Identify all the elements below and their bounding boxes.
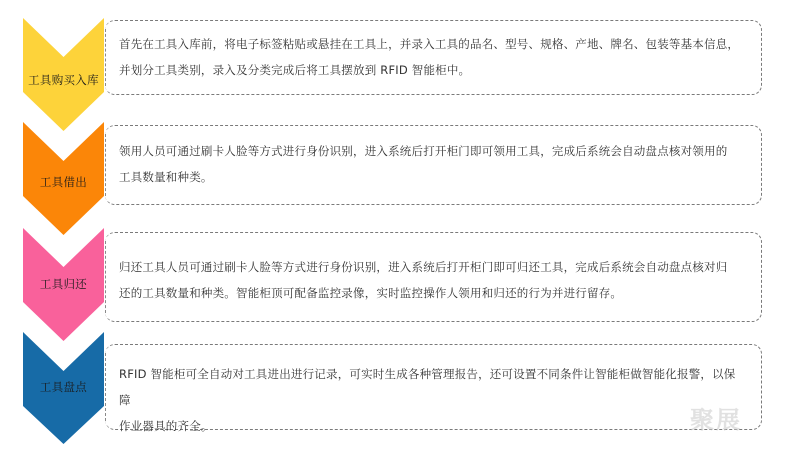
description-line: 并划分工具类别，录入及分类完成后将工具摆放到 RFID 智能柜中。 — [119, 57, 741, 83]
description-line: 作业器具的齐全。 — [119, 413, 741, 439]
step-description: 首先在工具入库前，将电子标签粘贴或悬挂在工具上，并录入工具的品名、型号、规格、产… — [119, 31, 741, 83]
description-line: 还的工具数量和种类。智能柜顶可配备监控录像，实时监控操作人领用和归还的行为并进行… — [119, 280, 741, 306]
description-line: 归还工具人员可通过刷卡人脸等方式进行身份识别，进入系统后打开柜门即可归还工具，完… — [119, 254, 741, 280]
description-line: 首先在工具入库前，将电子标签粘贴或悬挂在工具上，并录入工具的品名、型号、规格、产… — [119, 31, 741, 57]
watermark: 聚展 — [690, 400, 742, 435]
step-chevron-purchase: 工具购买入库 — [23, 18, 104, 131]
step-chevron-inventory: 工具盘点 — [23, 332, 104, 444]
step-description-box: RFID 智能柜可全自动对工具进出进行记录，可实时生成各种管理报告，还可设置不同… — [105, 344, 762, 430]
description-line: RFID 智能柜可全自动对工具进出进行记录，可实时生成各种管理报告，还可设置不同… — [119, 361, 741, 413]
step-label: 工具借出 — [23, 174, 104, 190]
step-label: 工具盘点 — [23, 379, 104, 395]
step-description: 归还工具人员可通过刷卡人脸等方式进行身份识别，进入系统后打开柜门即可归还工具，完… — [119, 254, 741, 306]
step-label: 工具归还 — [23, 276, 104, 292]
step-description: RFID 智能柜可全自动对工具进出进行记录，可实时生成各种管理报告，还可设置不同… — [119, 361, 741, 439]
description-line: 领用人员可通过刷卡人脸等方式进行身份识别，进入系统后打开柜门即可领用工具，完成后… — [119, 138, 741, 164]
step-description: 领用人员可通过刷卡人脸等方式进行身份识别，进入系统后打开柜门即可领用工具，完成后… — [119, 138, 741, 190]
step-label: 工具购买入库 — [23, 72, 104, 88]
step-description-box: 首先在工具入库前，将电子标签粘贴或悬挂在工具上，并录入工具的品名、型号、规格、产… — [105, 20, 762, 95]
step-chevron-lend: 工具借出 — [23, 122, 104, 235]
step-description-box: 归还工具人员可通过刷卡人脸等方式进行身份识别，进入系统后打开柜门即可归还工具，完… — [105, 232, 762, 322]
description-line: 工具数量和种类。 — [119, 164, 741, 190]
step-chevron-return: 工具归还 — [23, 228, 104, 341]
step-description-box: 领用人员可通过刷卡人脸等方式进行身份识别，进入系统后打开柜门即可领用工具，完成后… — [105, 125, 762, 205]
